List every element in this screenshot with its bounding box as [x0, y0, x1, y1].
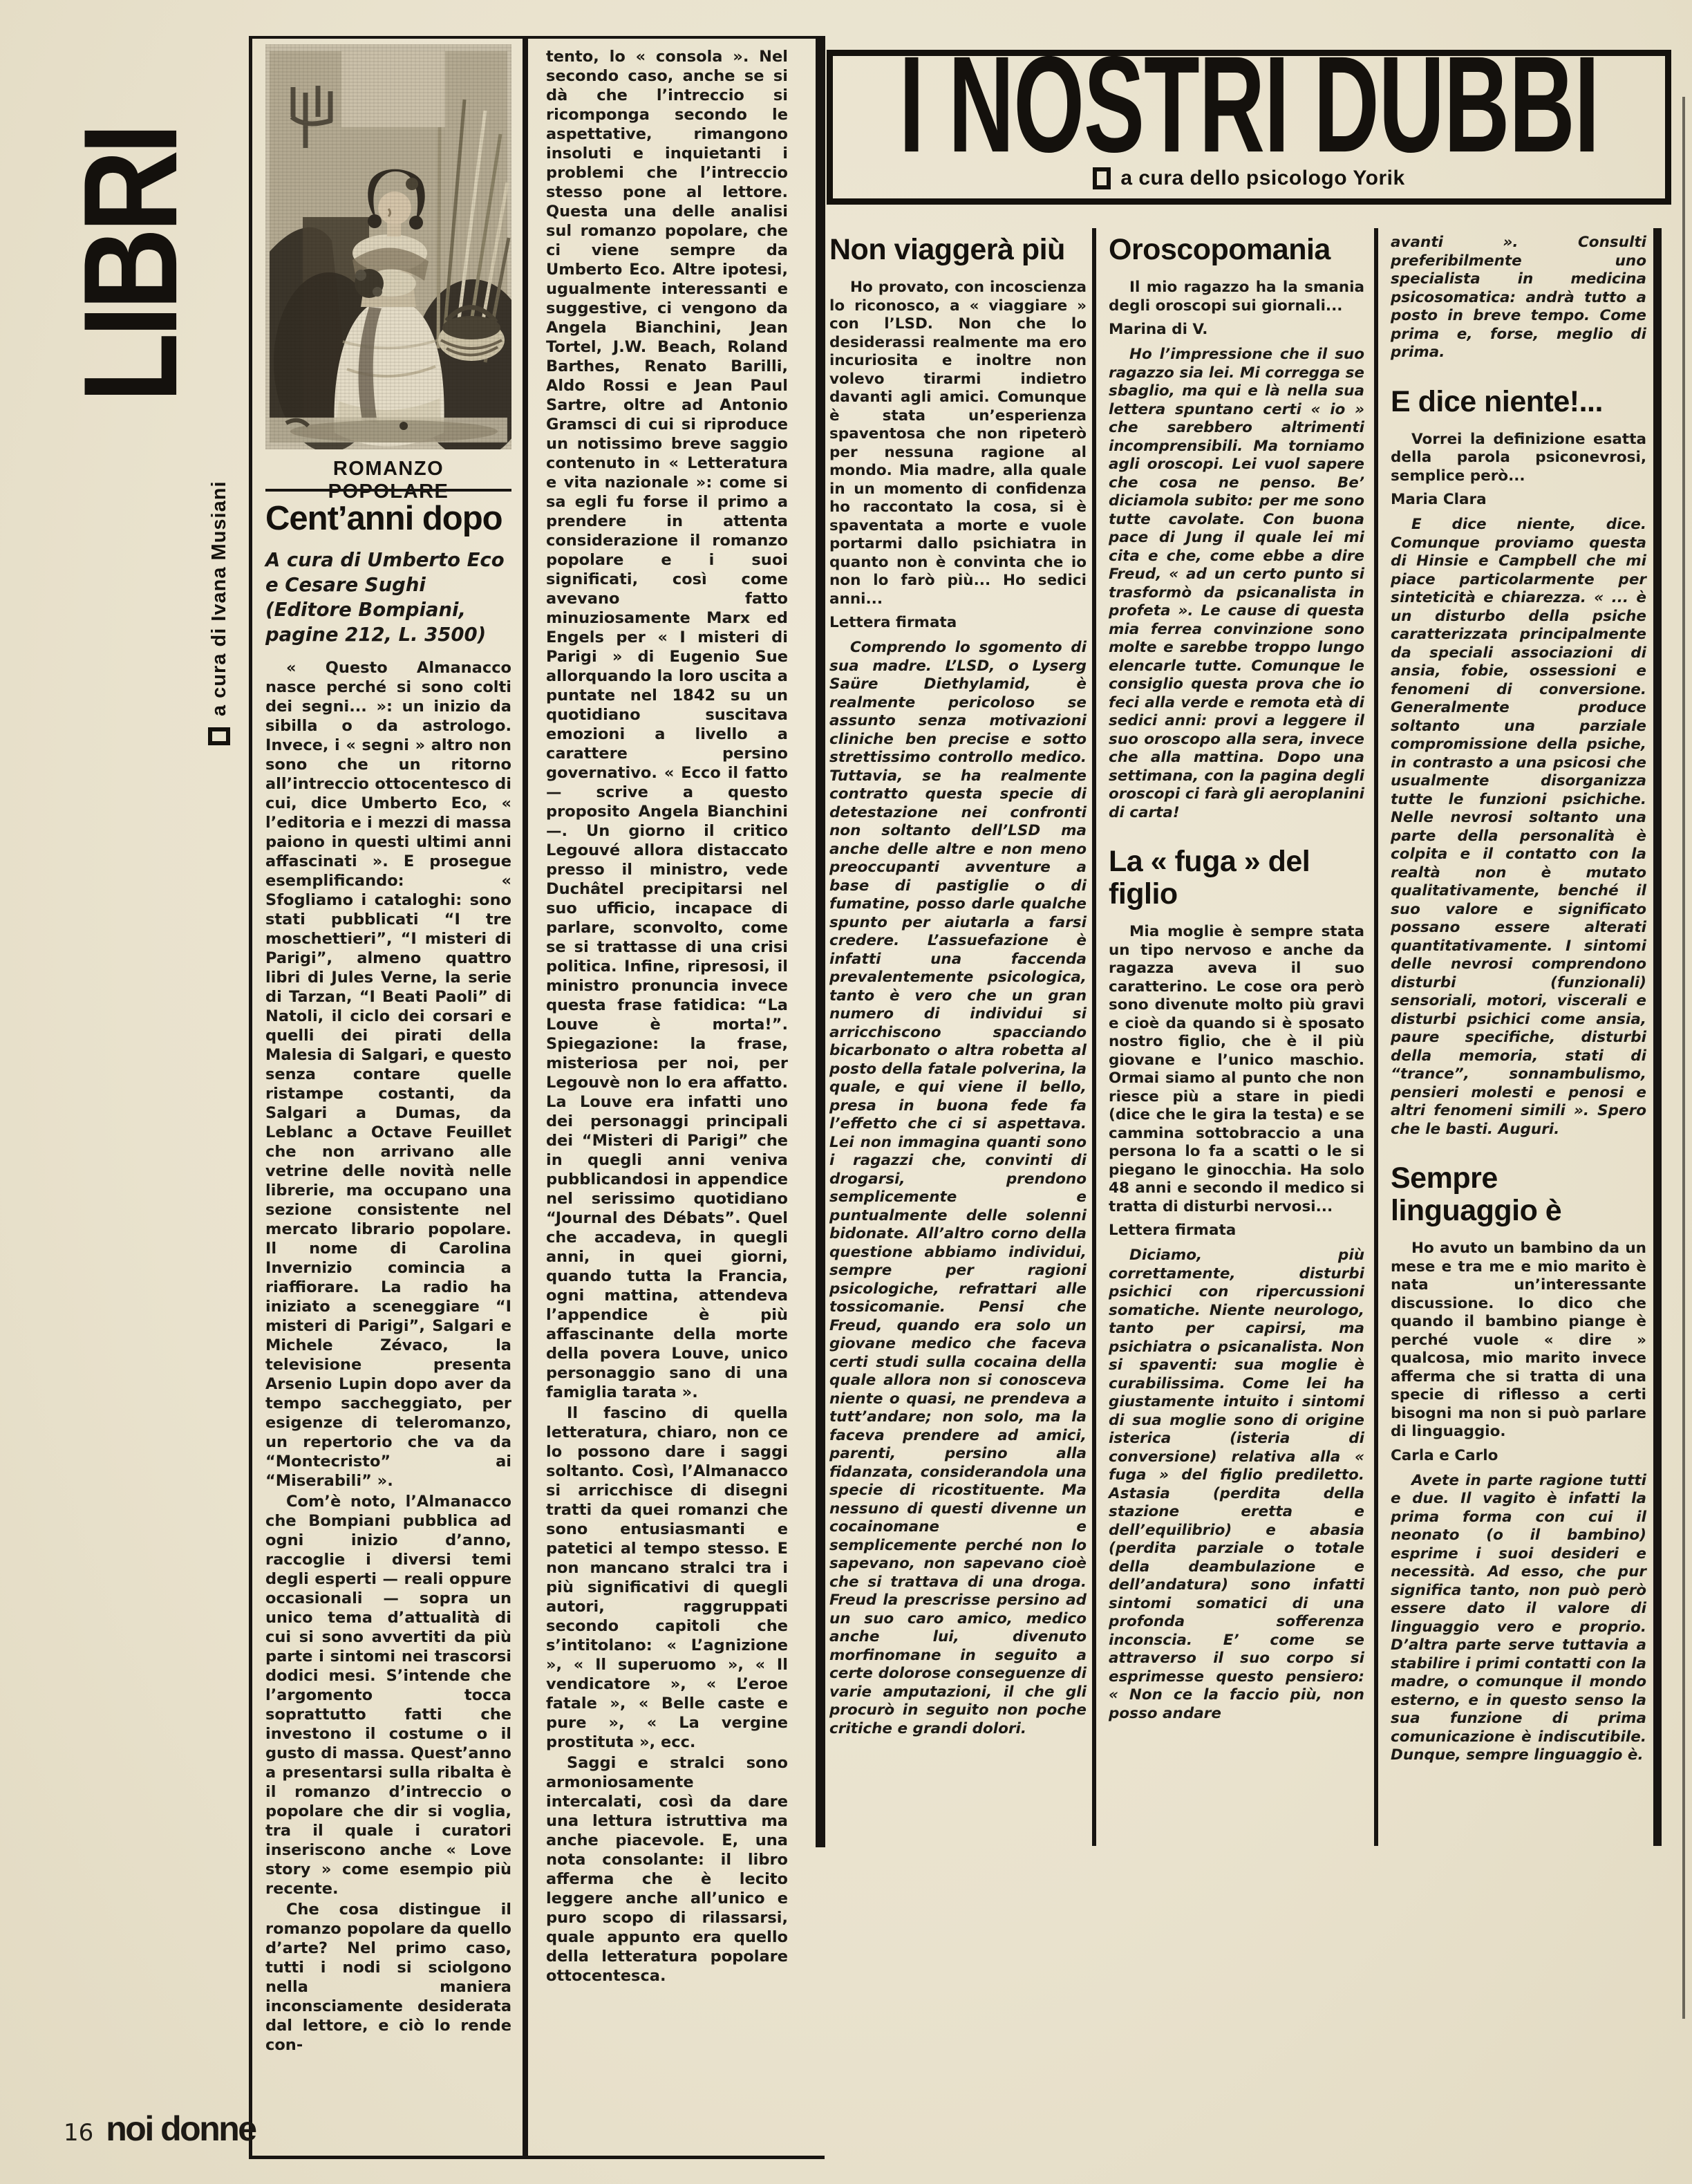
right-section-bar [1653, 228, 1662, 1846]
dubbi-column-3: avanti ». Consulti preferibilmente uno s… [1391, 234, 1646, 1765]
reply-body: Ho l’impressione che il suo ragazzo sia … [1109, 346, 1364, 822]
footer-page-number: 16 [64, 2119, 93, 2147]
letter-signature: Lettera firmata [1109, 1222, 1364, 1240]
reeds [438, 100, 509, 362]
column4-column5-rule [1374, 228, 1378, 1846]
column3-column4-rule [1092, 228, 1096, 1846]
basket [438, 307, 505, 361]
bottom-rule [249, 2156, 825, 2159]
woman-figure [334, 169, 444, 447]
letter-title: La « fuga » del figlio [1109, 846, 1364, 911]
spine-credit-label: a cura di Ivana Musiani [208, 481, 231, 717]
letter-body: Vorrei la definizione esatta della parol… [1391, 431, 1646, 486]
column1-column2-rule [523, 36, 528, 2159]
left-column-rule [249, 36, 252, 2159]
reply-body: Avete in parte ragione tutti e due. Il v… [1391, 1472, 1646, 1765]
spine-credit-row: a cura di Ivana Musiani [203, 396, 235, 745]
caption-divider [265, 489, 511, 492]
page-edge-line [1682, 97, 1685, 2019]
letter-title: Non viaggerà più [829, 234, 1087, 266]
top-rule [249, 36, 825, 39]
letter-body: Mia moglie è sempre stata un tipo nervos… [1109, 923, 1364, 1216]
section-divider-bar [816, 36, 825, 1847]
checkbox-square-icon [208, 727, 230, 745]
article-column-1: « Questo Almanacco nasce perché si sono … [265, 658, 511, 2055]
article-paragraph: « Questo Almanacco nasce perché si sono … [265, 658, 511, 1491]
article-column-2: tento, lo « consola ». Nel secondo caso,… [546, 47, 788, 1986]
magazine-logo: noi donne [106, 2109, 255, 2149]
article-paragraph: tento, lo « consola ». Nel secondo caso,… [546, 47, 788, 1402]
letter-signature: Lettera firmata [829, 614, 1087, 632]
novel-illustration [265, 44, 511, 449]
novel-illustration-image [265, 44, 511, 449]
article-title: Cent’anni dopo [265, 499, 514, 538]
letter-title: Sempre linguaggio è [1391, 1162, 1646, 1227]
dubbi-header-title: I NOSTRI DUBBI [899, 37, 1599, 174]
libri-spine-title: LIBRI [54, 127, 207, 402]
article-paragraph: Saggi e stralci sono armoniosamente inte… [546, 1753, 788, 1986]
letter-signature: Maria Clara [1391, 491, 1646, 509]
letter-title: Oroscopomania [1109, 234, 1364, 266]
letter-body: Il mio ragazzo ha la smania degli orosco… [1109, 279, 1364, 315]
reply-body: E dice niente, dice. Comunque proviamo q… [1391, 516, 1646, 1139]
reply-continuation: avanti ». Consulti preferibilmente uno s… [1391, 234, 1646, 362]
letter-signature: Marina di V. [1109, 321, 1364, 339]
reply-body: Comprendo lo sgomento di sua madre. L’LS… [829, 639, 1087, 1738]
article-paragraph: Com’è noto, l’Almanacco che Bompiani pub… [265, 1492, 511, 1898]
article-byline: A cura di Umberto Eco e Cesare Sughi (Ed… [265, 548, 509, 647]
libri-spine: LIBRI [58, 53, 203, 402]
article-paragraph: Il fascino di quella letteratura, chiaro… [546, 1403, 788, 1752]
illustration-caption: ROMANZO POPOLARE [265, 458, 511, 503]
dubbi-column-2: Oroscopomania Il mio ragazzo ha la smani… [1109, 234, 1364, 1723]
dubbi-header-box: I NOSTRI DUBBI a cura dello psicologo Yo… [827, 50, 1671, 205]
magazine-page: { "page": { "paper_color": "#ece5d1", "i… [0, 0, 1692, 2184]
dubbi-column-1: Non viaggerà più Ho provato, con incosci… [829, 234, 1087, 1738]
reply-body: Diciamo, più correttamente, disturbi psi… [1109, 1247, 1364, 1723]
article-paragraph: Che cosa distingue il romanzo popolare d… [265, 1900, 511, 2055]
letter-body: Ho avuto un bambino da un mese e tra me … [1391, 1240, 1646, 1441]
letter-signature: Carla e Carlo [1391, 1447, 1646, 1465]
page-footer: 16 noi donne [64, 2109, 256, 2149]
letter-body: Ho provato, con incoscienza lo riconosco… [829, 279, 1087, 608]
candelabra [292, 86, 332, 148]
letter-title: E dice niente!... [1391, 386, 1646, 418]
